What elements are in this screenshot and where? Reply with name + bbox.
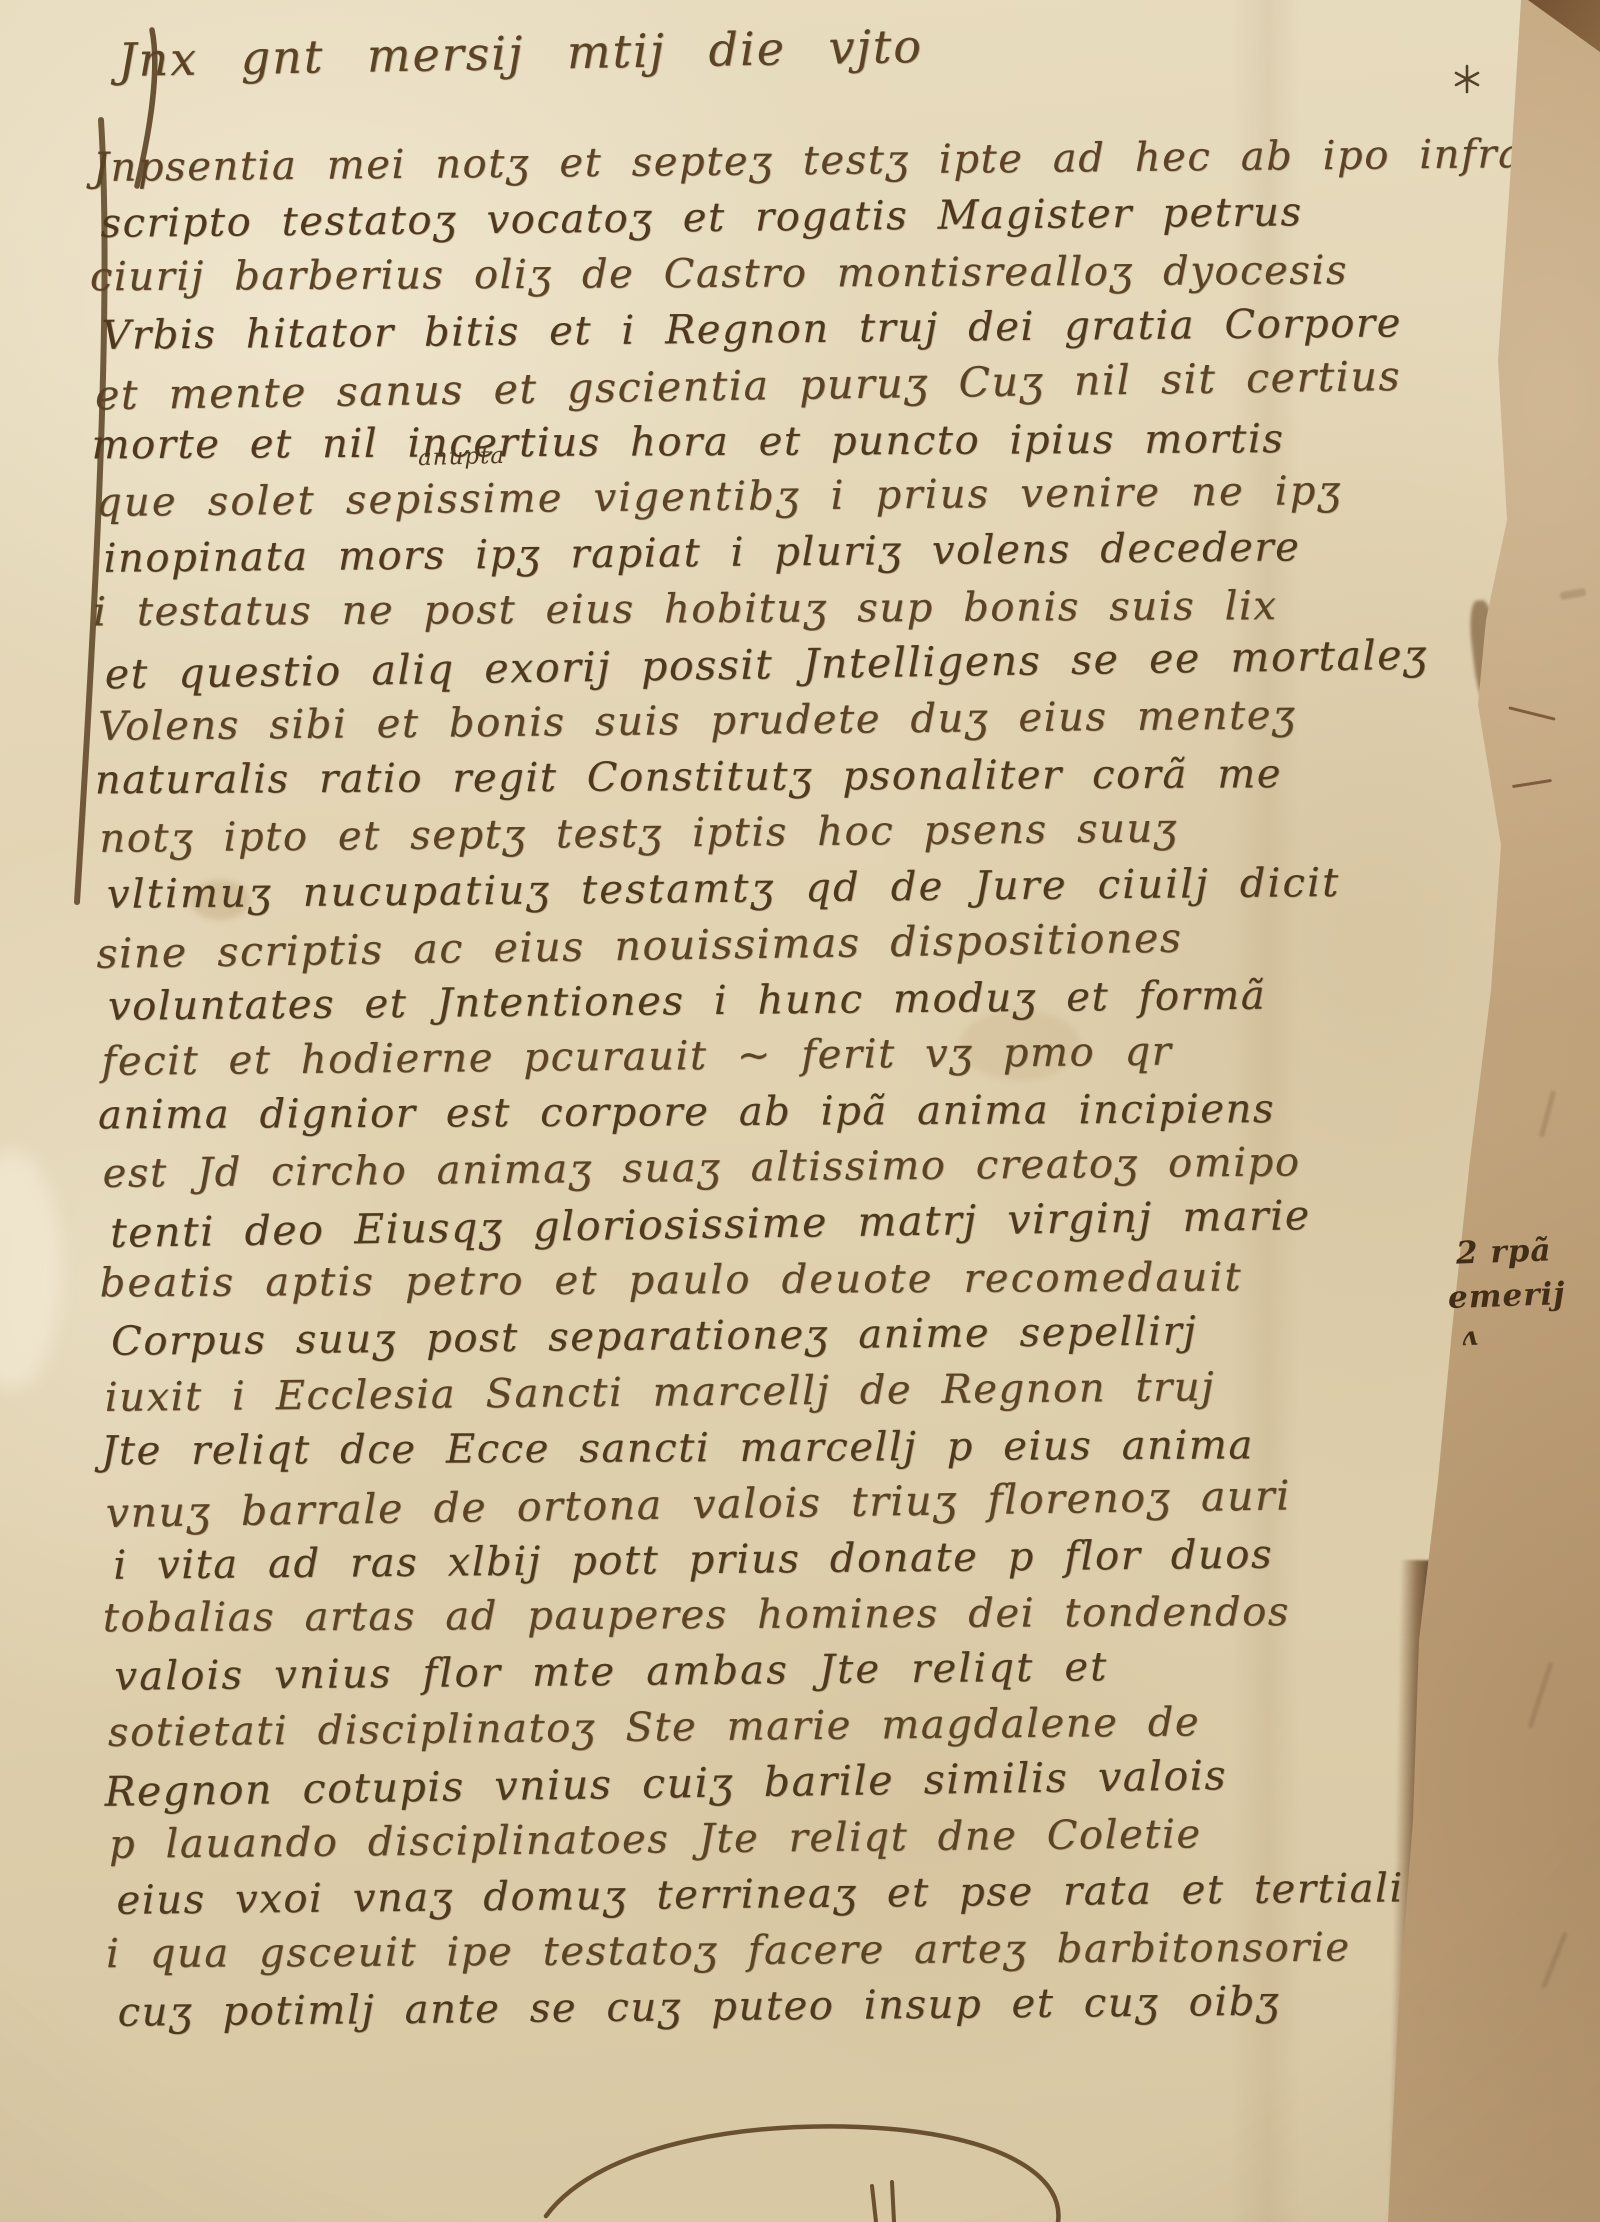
marginal-note-line: 2 rpã [1455, 1232, 1552, 1271]
manuscript-line: Volens sibi et bonis suis prudete duʒ ei… [98, 695, 1296, 746]
manuscript-line: i vita ad ras xlbij pott prius donate p … [113, 1534, 1273, 1585]
manuscript-line: valois vnius flor mte ambas Jte reliqt e… [114, 1648, 1108, 1698]
manuscript-line: vnuʒ barrale de ortona valois triuʒ flor… [106, 1475, 1292, 1534]
manuscript-line: cuʒ potimlj ante se cuʒ puteo insup et c… [117, 1981, 1280, 2032]
manuscript-line: notʒ ipto et septʒ testʒ iptis hoc psens… [99, 808, 1178, 858]
manuscript-line: eius vxoi vnaʒ domuʒ terrineaʒ et pse ra… [116, 1868, 1404, 1920]
manuscript-line: i qua gsceuit ipe testatoʒ facere arteʒ … [106, 1927, 1351, 1974]
manuscript-line: fecit et hodierne pcurauit ~ ferit vʒ pm… [101, 1032, 1172, 1082]
manuscript-line: sine scriptis ac eius nouissimas disposi… [96, 917, 1183, 974]
manuscript-line: que solet sepissime vigentibʒ i prius ve… [96, 471, 1343, 523]
manuscript-line: morte et nil incertius hora et puncto ip… [91, 419, 1284, 465]
manuscript-line: p lauando disciplinatoes Jte reliqt dne … [109, 1814, 1202, 1864]
manuscript-page: Jnx gnt mersij mtij die vjto Jnpsentia m… [0, 0, 1600, 2222]
manuscript-line: voluntates et Jntentiones i hunc moduʒ e… [108, 975, 1267, 1026]
manuscript-line: sotietati disciplinatoʒ Ste marie magdal… [108, 1703, 1201, 1753]
ink-bleed-mark [1539, 1090, 1556, 1138]
manuscript-line: tenti deo Eiusqʒ gloriosissime matrj vir… [110, 1195, 1311, 1254]
ink-bleed-mark [1541, 1931, 1568, 1989]
marginal-note-line: ʌ [1461, 1322, 1478, 1353]
manuscript-line: tobalias artas ad pauperes homines dei t… [103, 1592, 1290, 1638]
manuscript-line: et questio aliq exorij possit Jntelligen… [104, 635, 1428, 696]
ink-bleed-mark [1560, 588, 1587, 600]
manuscript-line: scripto testatoʒ vocatoʒ et rogatis Magi… [100, 192, 1303, 244]
manuscript-line: Regnon cotupis vnius cuiʒ barile similis… [104, 1755, 1227, 1813]
manuscript-line: i testatus ne post eius hobituʒ sup boni… [93, 586, 1278, 632]
manuscript-line: anima dignior est corpore ab ipã anima i… [98, 1089, 1275, 1135]
manuscript-photo: Jnx gnt mersij mtij die vjto Jnpsentia m… [0, 0, 1600, 2222]
manuscript-line: Jte reliqt dce Ecce sancti marcellj p ei… [101, 1425, 1254, 1471]
manuscript-line: beatis aptis petro et paulo deuote recom… [100, 1257, 1243, 1303]
manuscript-text: Jnpsentia mei notʒ et septeʒ testʒ ipte … [91, 0, 1542, 2222]
star-mark-icon [1450, 62, 1484, 96]
manuscript-line: Jnpsentia mei notʒ et septeʒ testʒ ipte … [93, 134, 1524, 188]
manuscript-line: vltimuʒ nucupatiuʒ testamtʒ qd de Jure c… [107, 863, 1341, 915]
manuscript-line: inopinata mors ipʒ rapiat i pluriʒ volen… [103, 528, 1300, 579]
manuscript-line: est Jd circho animaʒ suaʒ altissimo crea… [102, 1143, 1300, 1194]
paper-highlight [0, 1150, 62, 1390]
ink-bleed-mark [1527, 1661, 1553, 1729]
manuscript-line: ciurij barberius oliʒ de Castro montisre… [90, 250, 1348, 297]
manuscript-line: naturalis ratio regit Constitutʒ psonali… [95, 754, 1282, 800]
manuscript-line: Corpus suuʒ post separationeʒ anime sepe… [111, 1311, 1198, 1361]
manuscript-line: et mente sanus et gscientia puruʒ Cuʒ ni… [95, 356, 1402, 416]
manuscript-line: Vrbis hitator bitis et i Regnon truj dei… [101, 303, 1402, 355]
interlinear-insertion: anupta [418, 443, 506, 471]
marginal-note-line: emerij [1447, 1276, 1566, 1316]
manuscript-line: iuxit i Ecclesia Sancti marcellj de Regn… [105, 1367, 1216, 1418]
